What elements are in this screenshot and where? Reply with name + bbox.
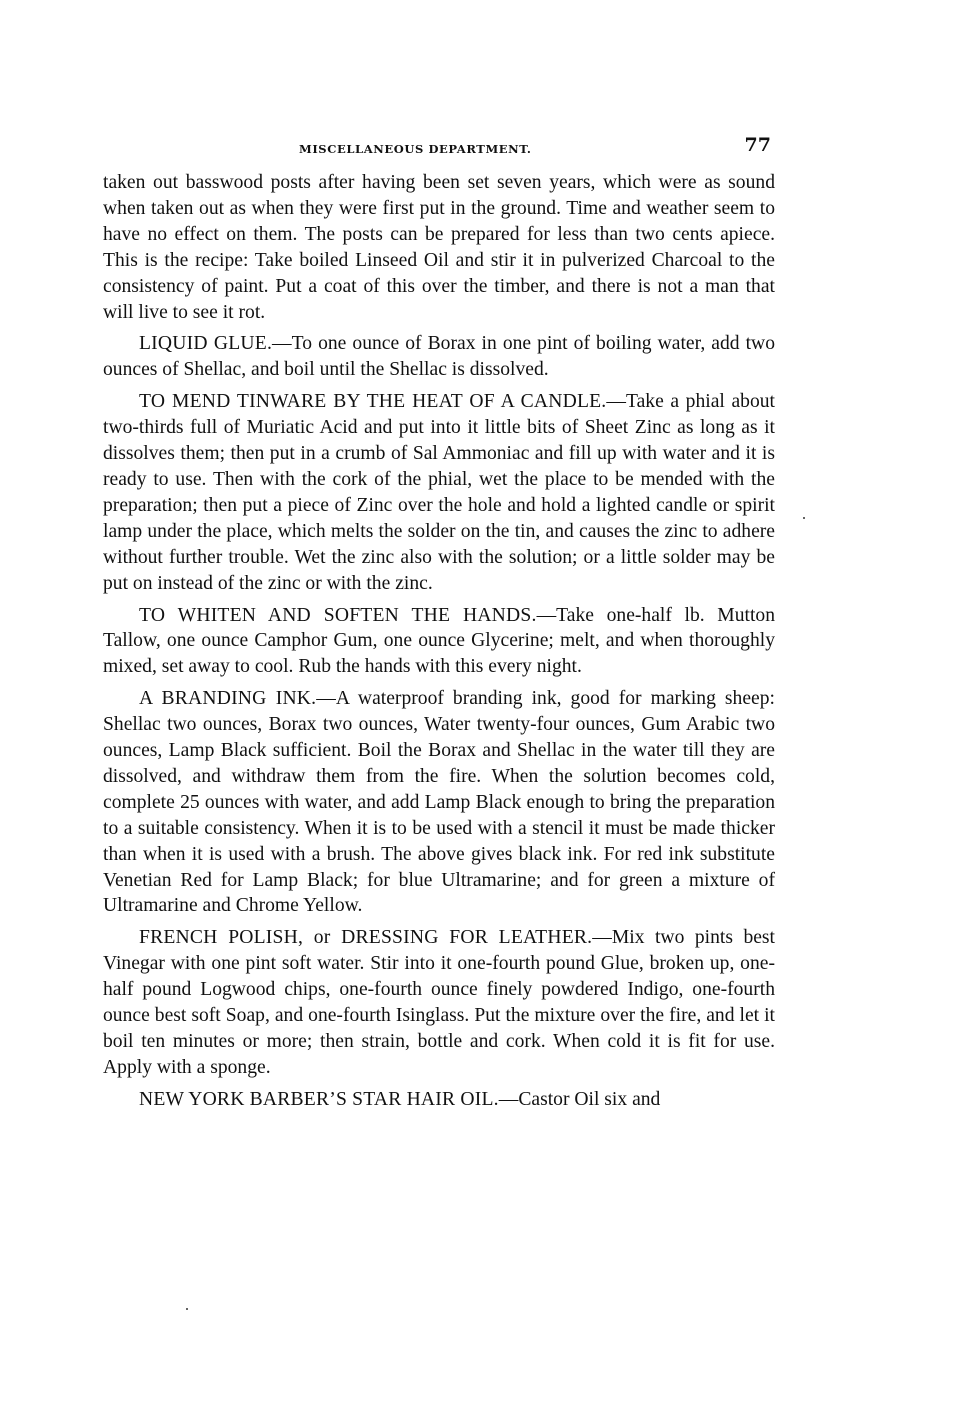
book-page: MISCELLANEOUS DEPARTMENT. 77 taken out b… bbox=[103, 132, 775, 1119]
recipe-mend-tinware: TO MEND TINWARE BY THE HEAT OF A CANDLE.… bbox=[103, 389, 775, 596]
recipe-heading: A BRANDING INK. bbox=[139, 688, 316, 709]
recipe-heading: LIQUID GLUE. bbox=[139, 333, 272, 354]
recipe-heading: NEW YORK BARBER’S STAR HAIR OIL. bbox=[139, 1089, 499, 1110]
recipe-hair-oil: NEW YORK BARBER’S STAR HAIR OIL.—Castor … bbox=[103, 1087, 775, 1113]
recipe-heading: TO WHITEN AND SOFTEN THE HANDS. bbox=[139, 605, 537, 626]
running-head: MISCELLANEOUS DEPARTMENT. 77 bbox=[103, 132, 775, 162]
recipe-whiten-hands: TO WHITEN AND SOFTEN THE HANDS.—Take one… bbox=[103, 603, 775, 681]
recipe-heading: TO MEND TINWARE BY THE HEAT OF A CANDLE. bbox=[139, 391, 606, 412]
recipe-text: —Take a phial about two-thirds full of M… bbox=[103, 391, 775, 593]
scan-speck bbox=[803, 517, 805, 519]
recipe-french-polish: FRENCH POLISH, or DRESSING FOR LEATHER.—… bbox=[103, 925, 775, 1080]
recipe-text: —Castor Oil six and bbox=[499, 1089, 661, 1110]
recipe-branding-ink: A BRANDING INK.—A waterproof branding in… bbox=[103, 686, 775, 919]
scan-speck bbox=[186, 1308, 188, 1310]
recipe-text: —Mix two pints best Vinegar with one pin… bbox=[103, 927, 775, 1078]
recipe-heading: FRENCH POLISH, or DRESSING FOR LEATHER. bbox=[139, 927, 592, 948]
recipe-liquid-glue: LIQUID GLUE.—To one ounce of Borax in on… bbox=[103, 331, 775, 383]
paragraph-text: taken out basswood posts after having be… bbox=[103, 172, 775, 323]
running-title: MISCELLANEOUS DEPARTMENT. bbox=[299, 142, 532, 156]
paragraph-continuation: taken out basswood posts after having be… bbox=[103, 170, 775, 325]
page-number: 77 bbox=[745, 134, 771, 156]
scan-speck bbox=[614, 773, 616, 775]
body-text: taken out basswood posts after having be… bbox=[103, 170, 775, 1113]
recipe-text: —A waterproof branding ink, good for mar… bbox=[103, 688, 775, 916]
